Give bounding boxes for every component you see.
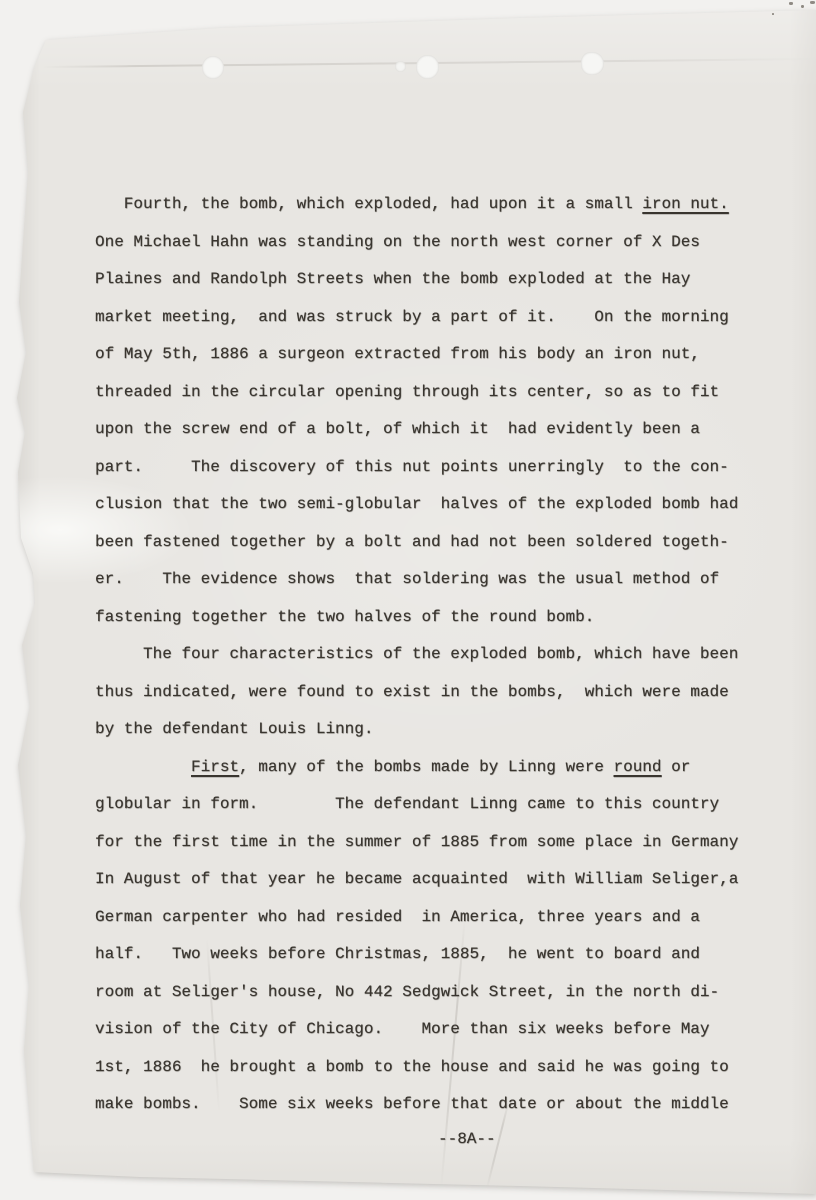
text-line: In August of that year he became acquain… — [95, 861, 785, 899]
text-segment: by the defendant Louis Linng. — [95, 720, 373, 738]
text-segment: One Michael Hahn was standing on the nor… — [95, 233, 700, 251]
text-line: Fourth, the bomb, which exploded, had up… — [95, 186, 785, 224]
text-segment: of May 5th, 1886 a surgeon extracted fro… — [95, 345, 700, 363]
underlined-text: First — [191, 758, 239, 776]
text-segment: In August of that year he became acquain… — [95, 870, 738, 888]
text-segment: been fastened together by a bolt and had… — [95, 533, 729, 551]
scan-speck — [789, 2, 793, 5]
text-line: 1st, 1886 he brought a bomb to the house… — [95, 1049, 785, 1087]
punch-hole — [581, 52, 604, 75]
text-line: of May 5th, 1886 a surgeon extracted fro… — [95, 336, 785, 374]
underlined-text: round — [614, 758, 662, 776]
text-segment: make bombs. Some six weeks before that d… — [95, 1095, 729, 1113]
text-line: Plaines and Randolph Streets when the bo… — [95, 261, 785, 299]
text-segment: for the first time in the summer of 1885… — [95, 833, 738, 851]
punch-hole — [202, 56, 224, 79]
text-segment: clusion that the two semi-globular halve… — [95, 495, 738, 513]
punch-hole — [416, 55, 439, 79]
text-segment: globular in form. The defendant Linng ca… — [95, 795, 719, 813]
text-segment: The four characteristics of the exploded… — [95, 645, 738, 663]
text-line: First, many of the bombs made by Linng w… — [95, 749, 785, 787]
text-line: threaded in the circular opening through… — [95, 374, 785, 412]
text-segment: half. Two weeks before Christmas, 1885, … — [95, 945, 700, 963]
text-segment: German carpenter who had resided in Amer… — [95, 908, 700, 926]
text-line: market meeting, and was struck by a part… — [95, 299, 785, 337]
punch-hole-partial — [395, 61, 406, 72]
text-segment: part. The discovery of this nut points u… — [95, 458, 729, 476]
underlined-text: iron nut. — [642, 195, 728, 213]
text-segment: fastening together the two halves of the… — [95, 608, 594, 626]
text-line: fastening together the two halves of the… — [95, 599, 785, 637]
text-line: globular in form. The defendant Linng ca… — [95, 786, 785, 824]
text-line: by the defendant Louis Linng. — [95, 711, 785, 749]
text-line: vision of the City of Chicago. More than… — [95, 1011, 785, 1049]
text-segment: er. The evidence shows that soldering wa… — [95, 570, 719, 588]
text-line: for the first time in the summer of 1885… — [95, 824, 785, 862]
text-line: room at Seliger's house, No 442 Sedgwick… — [95, 974, 785, 1012]
text-segment: room at Seliger's house, No 442 Sedgwick… — [95, 983, 719, 1001]
scan-speck — [772, 13, 774, 15]
text-segment: 1st, 1886 he brought a bomb to the house… — [95, 1058, 729, 1076]
page-number: --8A-- — [438, 1124, 496, 1154]
text-segment: Fourth, the bomb, which exploded, had up… — [95, 195, 642, 213]
text-segment: market meeting, and was struck by a part… — [95, 308, 729, 326]
paper-shadow-wrap: Fourth, the bomb, which exploded, had up… — [0, 0, 816, 1200]
text-line: One Michael Hahn was standing on the nor… — [95, 224, 785, 262]
text-line: half. Two weeks before Christmas, 1885, … — [95, 936, 785, 974]
text-line: clusion that the two semi-globular halve… — [95, 486, 785, 524]
text-line: part. The discovery of this nut points u… — [95, 449, 785, 487]
scanned-document-page: Fourth, the bomb, which exploded, had up… — [0, 0, 816, 1200]
document-text: Fourth, the bomb, which exploded, had up… — [95, 186, 785, 1124]
text-segment: threaded in the circular opening through… — [95, 383, 719, 401]
text-line: upon the screw end of a bolt, of which i… — [95, 411, 785, 449]
text-segment: thus indicated, were found to exist in t… — [95, 683, 729, 701]
text-segment: or — [662, 758, 691, 776]
scan-speck — [810, 1, 815, 4]
text-line: er. The evidence shows that soldering wa… — [95, 561, 785, 599]
text-segment: Plaines and Randolph Streets when the bo… — [95, 270, 690, 288]
text-segment: upon the screw end of a bolt, of which i… — [95, 420, 700, 438]
text-line: been fastened together by a bolt and had… — [95, 524, 785, 562]
text-line: thus indicated, were found to exist in t… — [95, 674, 785, 712]
scan-speck — [801, 5, 804, 8]
text-segment: vision of the City of Chicago. More than… — [95, 1020, 710, 1038]
text-segment: , many of the bombs made by Linng were — [239, 758, 613, 776]
text-line: German carpenter who had resided in Amer… — [95, 899, 785, 937]
text-line: The four characteristics of the exploded… — [95, 636, 785, 674]
paper-sheet: Fourth, the bomb, which exploded, had up… — [0, 0, 816, 1200]
text-segment — [95, 758, 191, 776]
text-line: make bombs. Some six weeks before that d… — [95, 1086, 785, 1124]
